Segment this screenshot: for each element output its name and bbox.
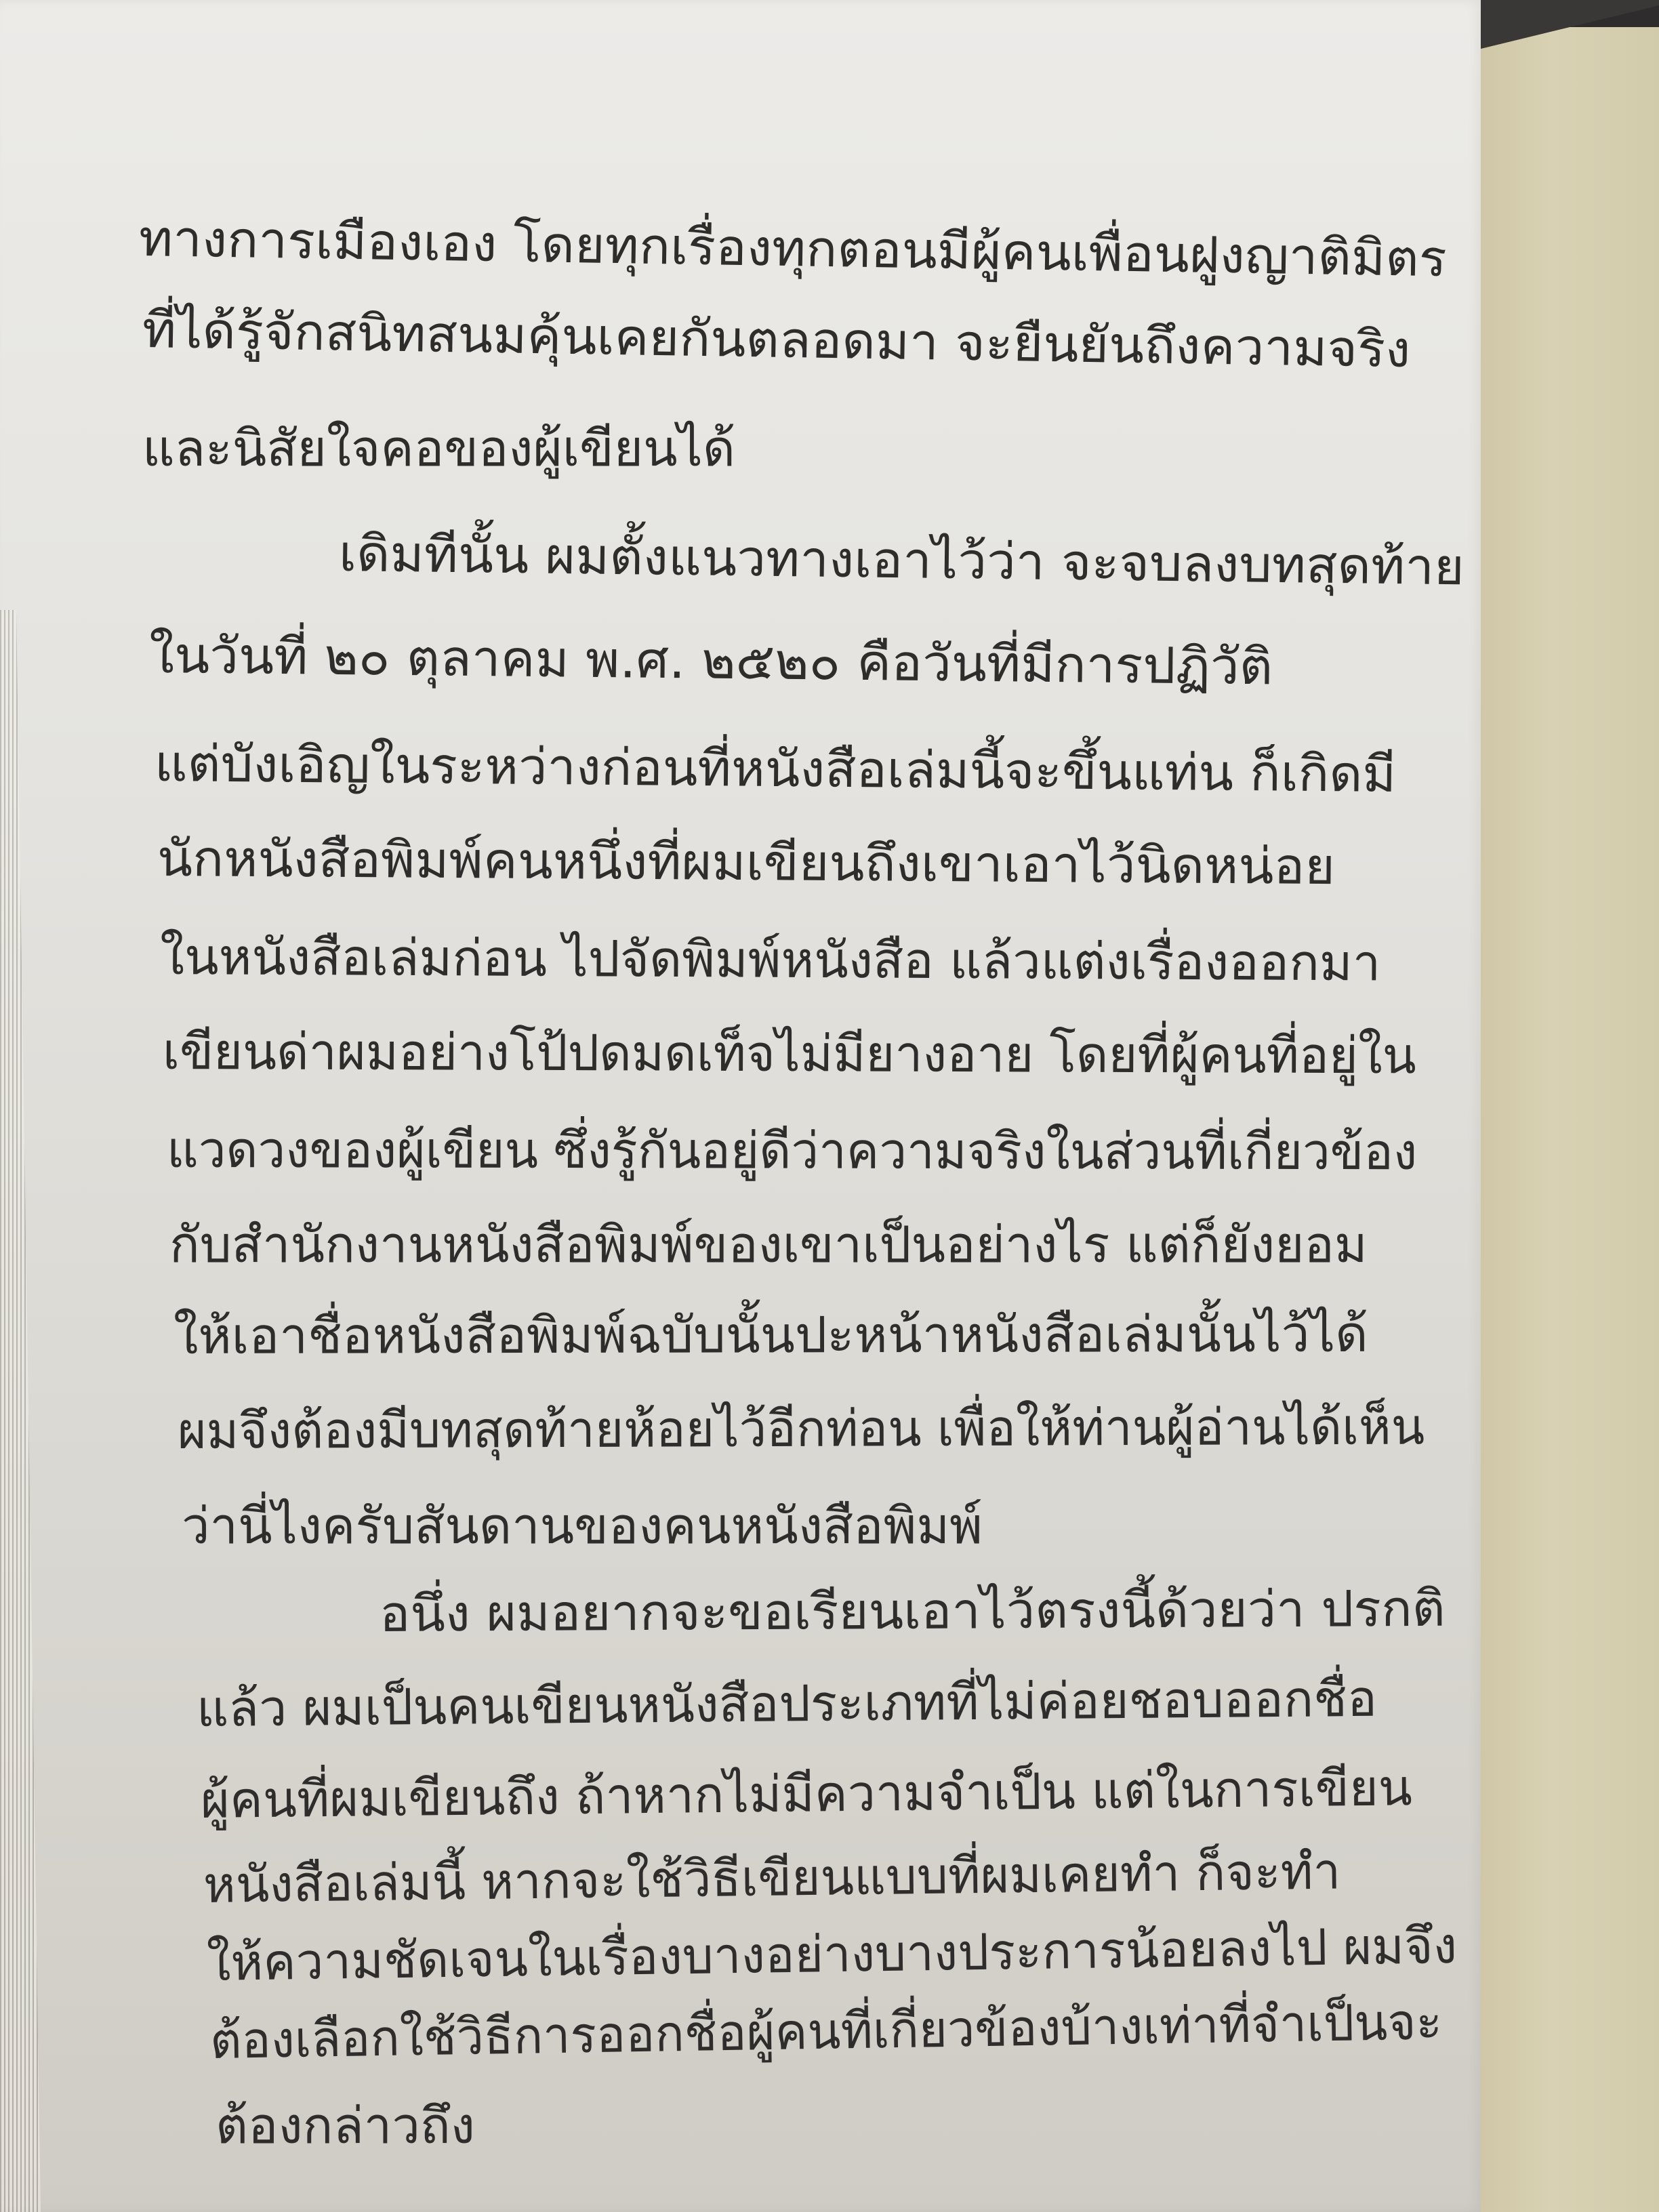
text-line: ในวันที่ ๒๐ ตุลาคม พ.ศ. ๒๕๒๐ คือวันที่มี… (149, 630, 1273, 692)
text-line: แวดวงของผู้เขียน ซึ่งรู้กันอยู่ดีว่าความ… (167, 1125, 1417, 1177)
text-line: และนิสัยใจคอของผู้เขียนได้ (142, 424, 735, 474)
text-line: ต้องเลือกใช้วิธีการออกชื่อผู้คนที่เกี่ยว… (209, 1996, 1442, 2066)
text-line: เขียนด่าผมอย่างโป้ปดมดเท็จไม่มียางอาย โด… (163, 1027, 1416, 1081)
text-line: ให้เอาชื่อหนังสือพิมพ์ฉบับนั้นปะหน้าหนัง… (173, 1309, 1368, 1361)
text-line: ผู้คนที่ผมเขียนถึง ถ้าหากไม่มีความจำเป็น… (201, 1763, 1413, 1826)
text-line: ว่านี่ไงครับสันดานของคนหนังสือพิมพ์ (182, 1501, 983, 1551)
text-line: ทางการเมืองเอง โดยทุกเรื่องทุกตอนมีผู้คน… (138, 213, 1447, 284)
text-line: ในหนังสือเล่มก่อน ไปจัดพิมพ์หนังสือ แล้ว… (160, 932, 1381, 988)
page-text: ทางการเมืองเอง โดยทุกเรื่องทุกตอนมีผู้คน… (0, 0, 1484, 2212)
book-page: ทางการเมืองเอง โดยทุกเรื่องทุกตอนมีผู้คน… (0, 0, 1484, 2212)
text-line: แต่บังเอิญในระหว่างก่อนที่หนังสือเล่มนี้… (155, 739, 1397, 800)
text-line: ผมจึงต้องมีบทสุดท้ายห้อยไว้อีกท่อน เพื่อ… (178, 1402, 1425, 1456)
text-line: ต้องกล่าวถึง (216, 2101, 475, 2151)
text-line: นักหนังสือพิมพ์คนหนึ่งที่ผมเขียนถึงเขาเอ… (157, 834, 1336, 892)
text-line: หนังสือเล่มนี้ หากจะใช้วิธีเขียนแบบที่ผม… (203, 1846, 1341, 1910)
text-line: ที่ได้รู้จักสนิทสนมคุ้นเคยกันตลอดมา จะยื… (142, 305, 1410, 375)
text-line: อนึ่ง ผมอยากจะขอเรียนเอาไว้ตรงนี้ด้วยว่า… (380, 1584, 1446, 1639)
next-page (1481, 27, 1659, 2212)
text-line: กับสำนักงานหนังสือพิมพ์ของเขาเป็นอย่างไร… (169, 1220, 1368, 1270)
text-line: แล้ว ผมเป็นคนเขียนหนังสือประเภทที่ไม่ค่อ… (197, 1674, 1378, 1734)
text-line: เดิมทีนั้น ผมตั้งแนวทางเอาไว้ว่า จะจบลงบ… (339, 529, 1465, 592)
text-line: ให้ความชัดเจนในเรื่องบางอย่างบางประการน้… (206, 1921, 1457, 1988)
